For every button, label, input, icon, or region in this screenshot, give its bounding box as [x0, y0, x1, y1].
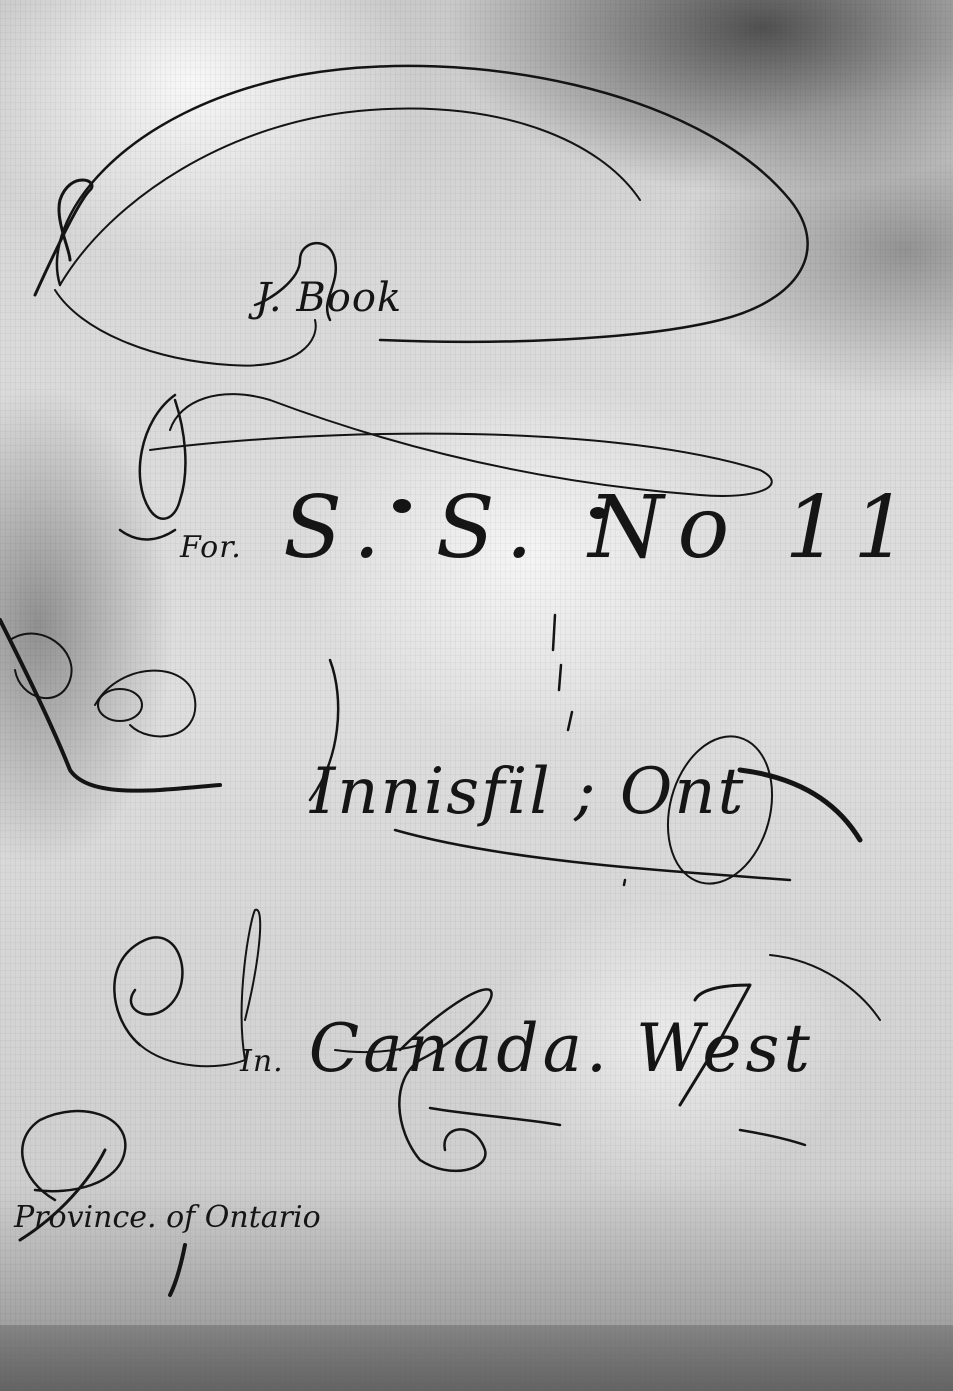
region-line: In. Canada. West: [240, 1010, 814, 1087]
title-line: J. Book: [255, 275, 402, 321]
region-text: Canada. West: [309, 1010, 814, 1087]
calligraphy-flourishes: [0, 0, 953, 1391]
school-section-text: S. S. No 11: [283, 478, 922, 578]
in-swirl-flourish: [114, 937, 182, 1045]
province-text: Province. of Ontario: [14, 1200, 321, 1235]
title-oval-flourish: [57, 66, 808, 342]
title-text: J. Book: [255, 275, 402, 321]
province-line: Province. of Ontario: [14, 1200, 321, 1235]
for-prefix: For.: [180, 530, 242, 565]
in-prefix: In.: [240, 1044, 284, 1079]
scanned-document-page: J. Book For. S. S. No 11 Innisfil ; Ont …: [0, 0, 953, 1391]
township-line: Innisfil ; Ont: [310, 755, 745, 829]
province-p-flourish: [22, 1111, 125, 1200]
township-text: Innisfil ; Ont: [310, 755, 745, 829]
school-section-line: For. S. S. No 11: [180, 478, 922, 578]
innisfil-swirl-flourish: [0, 620, 220, 791]
